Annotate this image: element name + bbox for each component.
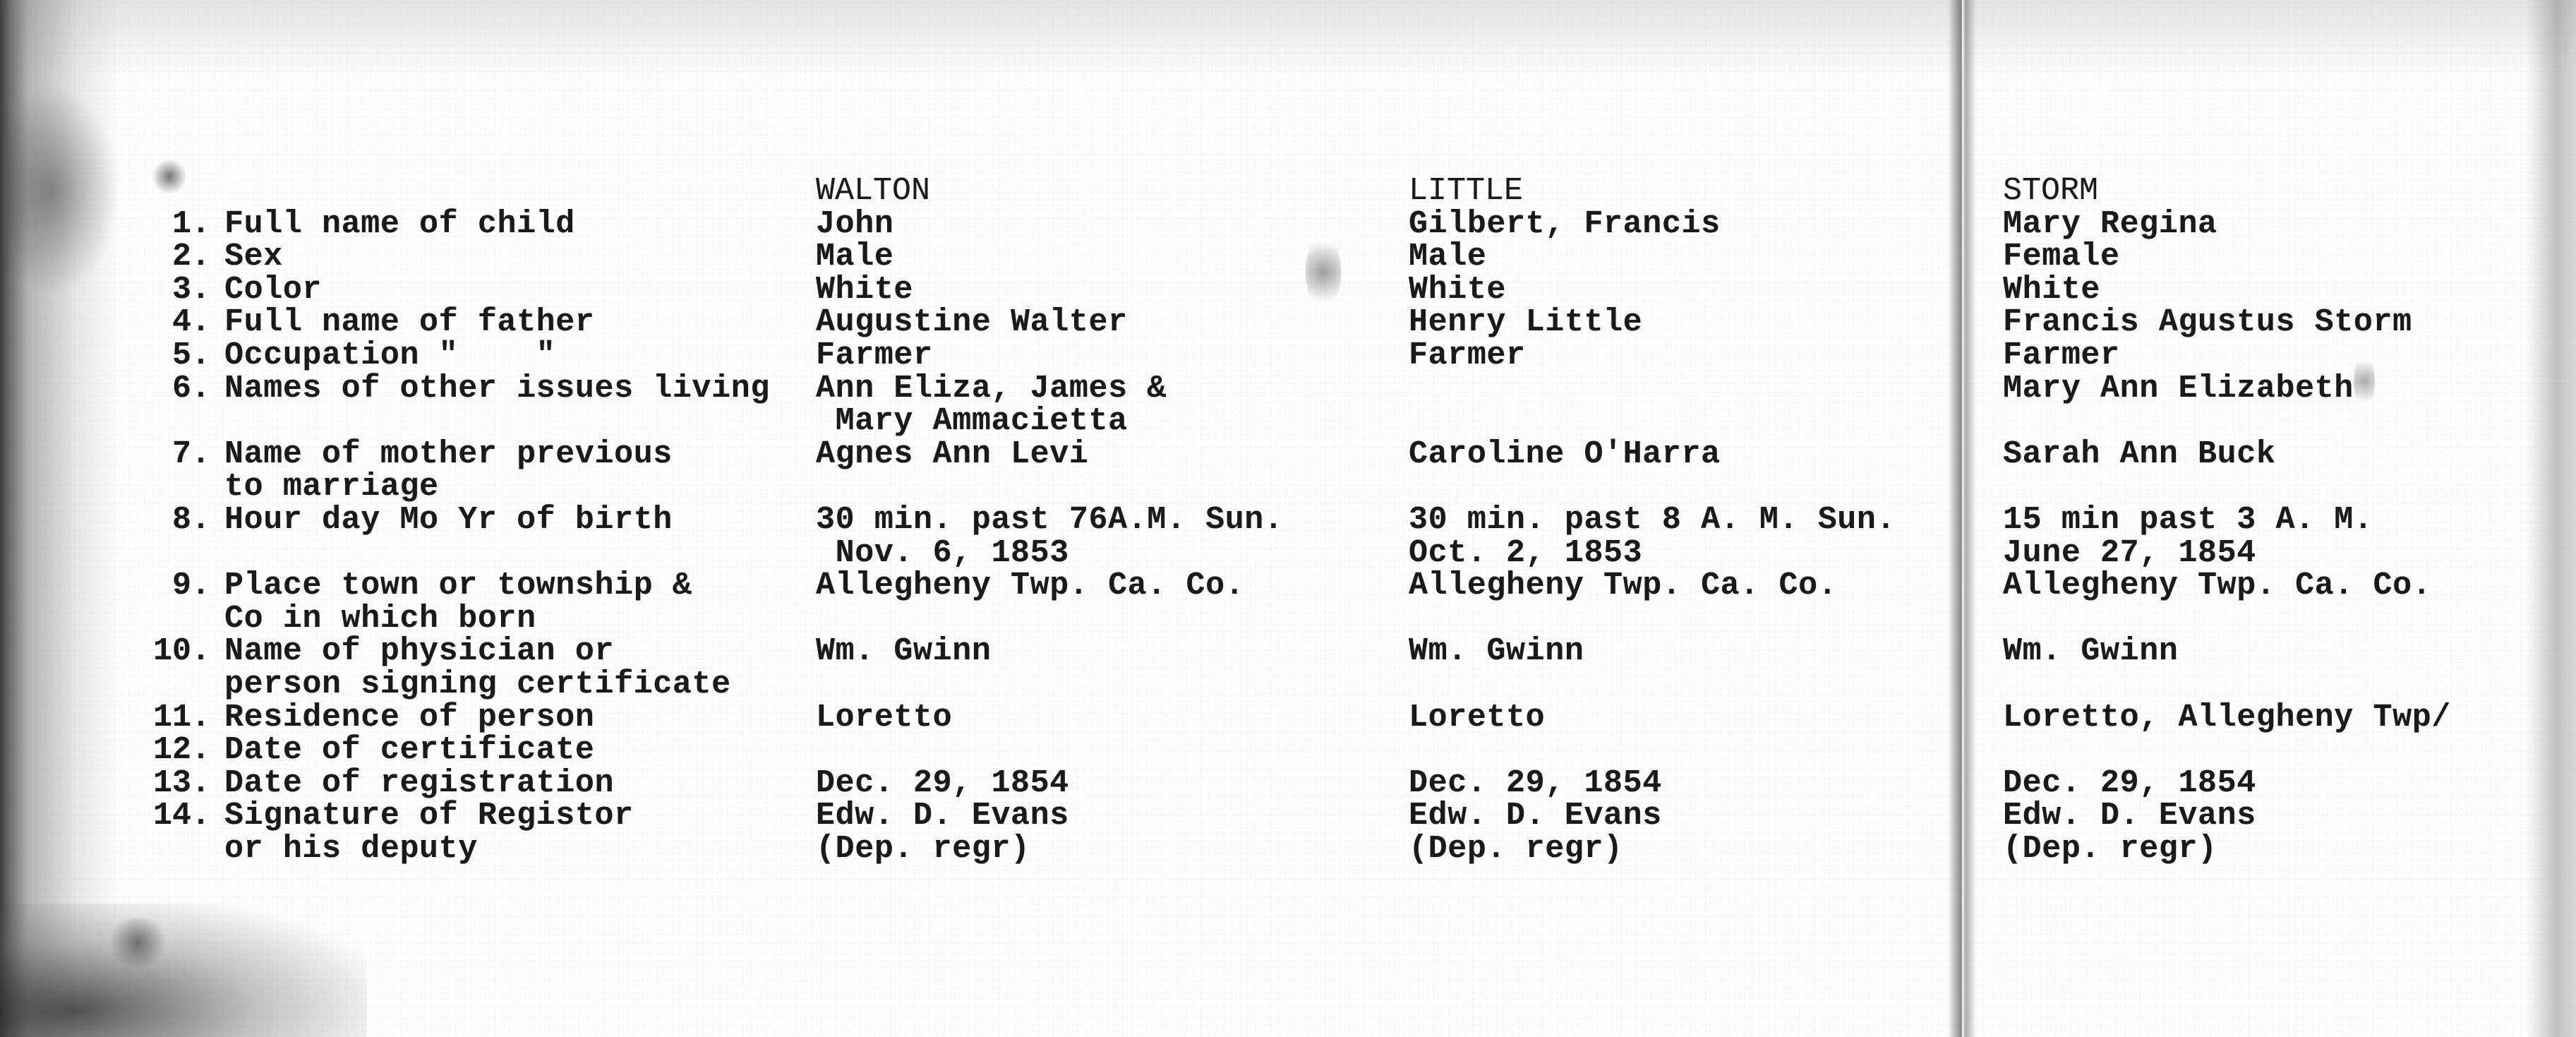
record-surname: STORM [2003,175,2098,208]
child-name: Mary Regina [2003,208,2217,241]
field-number: 2. [119,241,210,273]
ink-spot [2354,353,2375,409]
field-label: Residence of person [224,702,594,734]
field-label: or his deputy [224,833,478,865]
field-label: Name of physician or [224,635,614,668]
field-number: 13. [119,767,210,800]
registration-date: Dec. 29, 1854 [816,767,1069,800]
field-number: 14. [119,800,210,832]
scan-right-edge-shadow [2527,0,2576,1037]
scan-top-haze [0,0,2576,78]
field-number: 6. [119,373,210,405]
birth-place: Allegheny Twp. Ca. Co. [816,570,1244,602]
residence-value: Loretto, Allegheny Twp/ [2003,702,2451,734]
field-label: Full name of child [224,208,575,241]
field-number: 3. [119,274,210,306]
registration-date: Dec. 29, 1854 [2003,767,2256,800]
registrar-signature: (Dep. regr) [2003,833,2217,865]
registrar-signature: Edw. D. Evans [816,800,1069,832]
residence-value: Loretto [816,702,952,734]
child-name: Gilbert, Francis [1409,208,1721,241]
field-number: 1. [119,208,210,241]
field-number: 5. [119,340,210,372]
child-name: John [816,208,893,241]
field-number: 9. [119,570,210,602]
field-label: to marriage [224,471,439,503]
father-name: Henry Little [1409,306,1642,339]
field-label: person signing certificate [224,669,731,701]
birth-datetime: Oct. 2, 1853 [1409,537,1642,570]
field-number: 11. [119,702,210,734]
ink-spot [1306,233,1341,311]
sex-value: Female [2003,241,2120,273]
registrar-signature: Edw. D. Evans [2003,800,2256,832]
record-surname: LITTLE [1409,175,1523,208]
field-number: 4. [119,306,210,339]
color-value: White [2003,274,2100,306]
occupation-value: Farmer [1409,340,1526,372]
field-label: Co in which born [224,603,536,635]
birth-datetime: 30 min. past 8 A. M. Sun. [1409,504,1896,537]
field-label: Sex [224,241,283,273]
field-label: Occupation " " [224,340,555,372]
ink-spot [152,159,187,194]
other-issues: Mary Ammacietta [816,405,1128,438]
field-label: Name of mother previous [224,438,673,471]
field-number: 12. [119,734,210,767]
field-label: Place town or township & [224,570,692,602]
field-label: Date of registration [224,767,614,800]
field-label: Names of other issues living [224,373,770,405]
birth-datetime: June 27, 1854 [2003,537,2256,570]
field-label: Full name of father [224,306,594,339]
occupation-value: Farmer [816,340,933,372]
sex-value: Male [816,241,893,273]
physician-name: Wm. Gwinn [816,635,991,668]
birth-datetime: 15 min past 3 A. M. [2003,504,2373,537]
ink-spot [106,918,169,967]
mother-maiden-name: Caroline O'Harra [1409,438,1721,471]
birth-place: Allegheny Twp. Ca. Co. [1409,570,1837,602]
birth-datetime: 30 min. past 76A.M. Sun. [816,504,1284,537]
color-value: White [1409,274,1506,306]
record-surname: WALTON [816,175,930,208]
scan-smudge [7,85,120,296]
residence-value: Loretto [1409,702,1545,734]
father-name: Francis Agustus Storm [2003,306,2412,339]
other-issues: Ann Eliza, James & [816,373,1167,405]
sex-value: Male [1409,241,1486,273]
page-fold-line [1948,0,1976,1037]
field-label: Date of certificate [224,734,594,767]
physician-name: Wm. Gwinn [1409,635,1584,668]
mother-maiden-name: Sarah Ann Buck [2003,438,2275,471]
other-issues: Mary Ann Elizabeth [2003,373,2354,405]
registrar-signature: (Dep. regr) [816,833,1030,865]
birth-place: Allegheny Twp. Ca. Co. [2003,570,2431,602]
scan-corner-shadow [0,904,367,1037]
field-number: 8. [119,504,210,537]
physician-name: Wm. Gwinn [2003,635,2178,668]
field-label: Hour day Mo Yr of birth [224,504,673,537]
field-number: 7. [119,438,210,471]
field-number: 10. [119,635,210,668]
registrar-signature: Edw. D. Evans [1409,800,1662,832]
birth-datetime: Nov. 6, 1853 [816,537,1069,570]
field-label: Signature of Registor [224,800,634,832]
color-value: White [816,274,913,306]
mother-maiden-name: Agnes Ann Levi [816,438,1088,471]
occupation-value: Farmer [2003,340,2120,372]
father-name: Augustine Walter [816,306,1128,339]
scanned-document-page: 1.Full name of child2.Sex3.Color4.Full n… [0,0,2576,1037]
registrar-signature: (Dep. regr) [1409,833,1623,865]
field-label: Color [224,274,322,306]
registration-date: Dec. 29, 1854 [1409,767,1662,800]
